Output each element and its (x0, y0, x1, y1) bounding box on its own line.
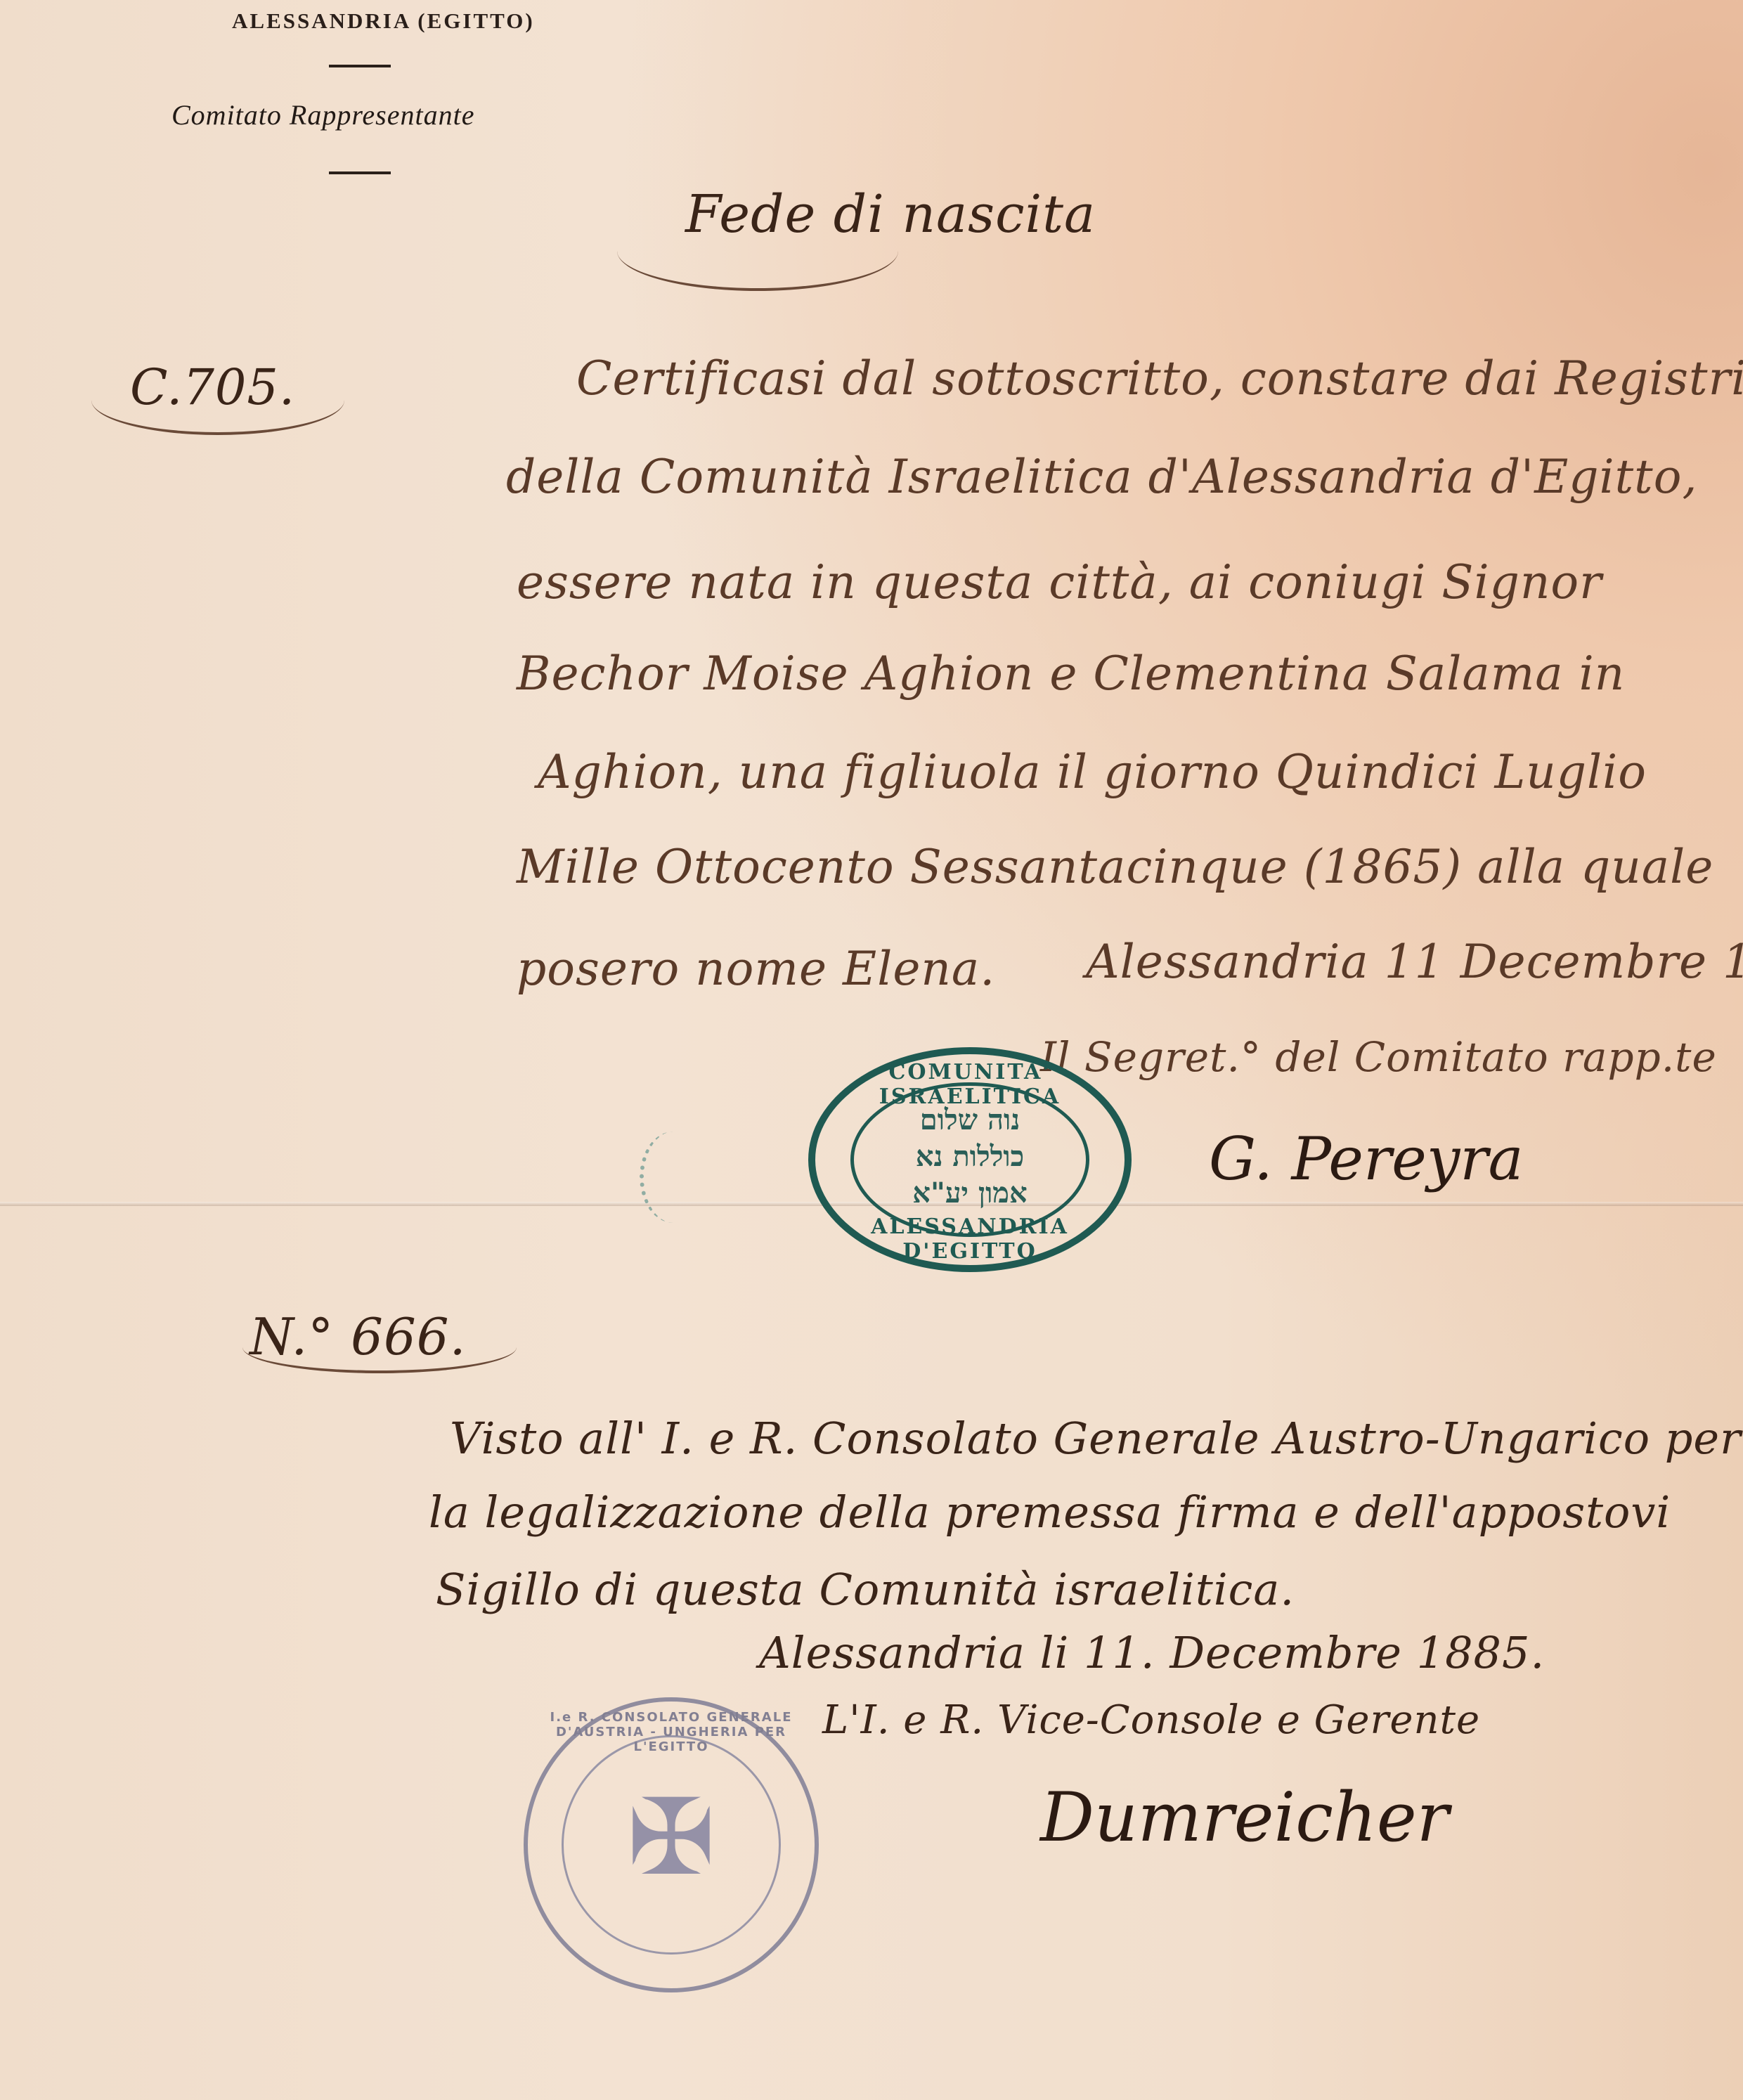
header-rule-top (329, 65, 391, 67)
certificate-line: essere nata in questa città, ai coniugi … (517, 555, 1602, 609)
certificate-line: Bechor Moise Aghion e Clementina Salama … (517, 647, 1625, 701)
header-committee: Comitato Rappresentante (171, 98, 474, 131)
header-rule-bottom (329, 171, 391, 174)
certificate-line: Aghion, una figliuola il giorno Quindici… (538, 745, 1647, 799)
certificate-line: Certificasi dal sottoscritto, constare d… (576, 351, 1743, 406)
certificate-line: posero nome Elena. (517, 942, 995, 996)
reference-swash (91, 365, 344, 435)
community-stamp: COMUNITA' ISRAELITICA נוה שלום כוללות נא… (808, 1047, 1132, 1272)
legalization-line: Visto all' I. e R. Consolato Generale Au… (450, 1413, 1742, 1464)
stamp-hebrew-line: אמון יע"א (815, 1177, 1125, 1210)
stamp-text-bottom: ALESSANDRIA D'EGITTO (815, 1214, 1125, 1264)
legalization-signatory-title: L'I. e R. Vice-Console e Gerente (822, 1697, 1480, 1743)
title-swash (617, 211, 898, 291)
legalization-signature: Dumreicher (1040, 1778, 1449, 1857)
certificate-signature: G. Pereyra (1209, 1124, 1524, 1193)
certificate-line: della Comunità Israelitica d'Alessandria… (506, 450, 1697, 504)
certificate-line: Mille Ottocento Sessantacinque (1865) al… (517, 840, 1713, 894)
header-location: ALESSANDRIA (EGITTO) (232, 8, 535, 34)
legalization-line: la legalizzazione della premessa firma e… (429, 1486, 1671, 1538)
stamp-hebrew-line: כוללות נא (815, 1140, 1125, 1173)
faint-stamp-mark (640, 1132, 707, 1223)
certificate-signatory-title: Il Segret.° del Comitato rapp.te (1040, 1033, 1717, 1081)
seal-ring-text: I.e R. CONSOLATO GENERALE D'AUSTRIA - UN… (528, 1710, 815, 1754)
consulate-seal: I.e R. CONSOLATO GENERALE D'AUSTRIA - UN… (524, 1697, 819, 1992)
certificate-place-date: Alessandria 11 Decembre 1885 (1086, 935, 1743, 989)
stamp-text-top: COMUNITA' ISRAELITICA (815, 1060, 1125, 1109)
stamp-hebrew-line: נוה שלום (815, 1103, 1125, 1136)
legalization-swash (242, 1321, 517, 1373)
double-headed-eagle-icon: ✠ (528, 1786, 815, 1891)
legalization-line: Sigillo di questa Comunità israelitica. (436, 1564, 1295, 1615)
legalization-place-date: Alessandria li 11. Decembre 1885. (759, 1627, 1545, 1678)
